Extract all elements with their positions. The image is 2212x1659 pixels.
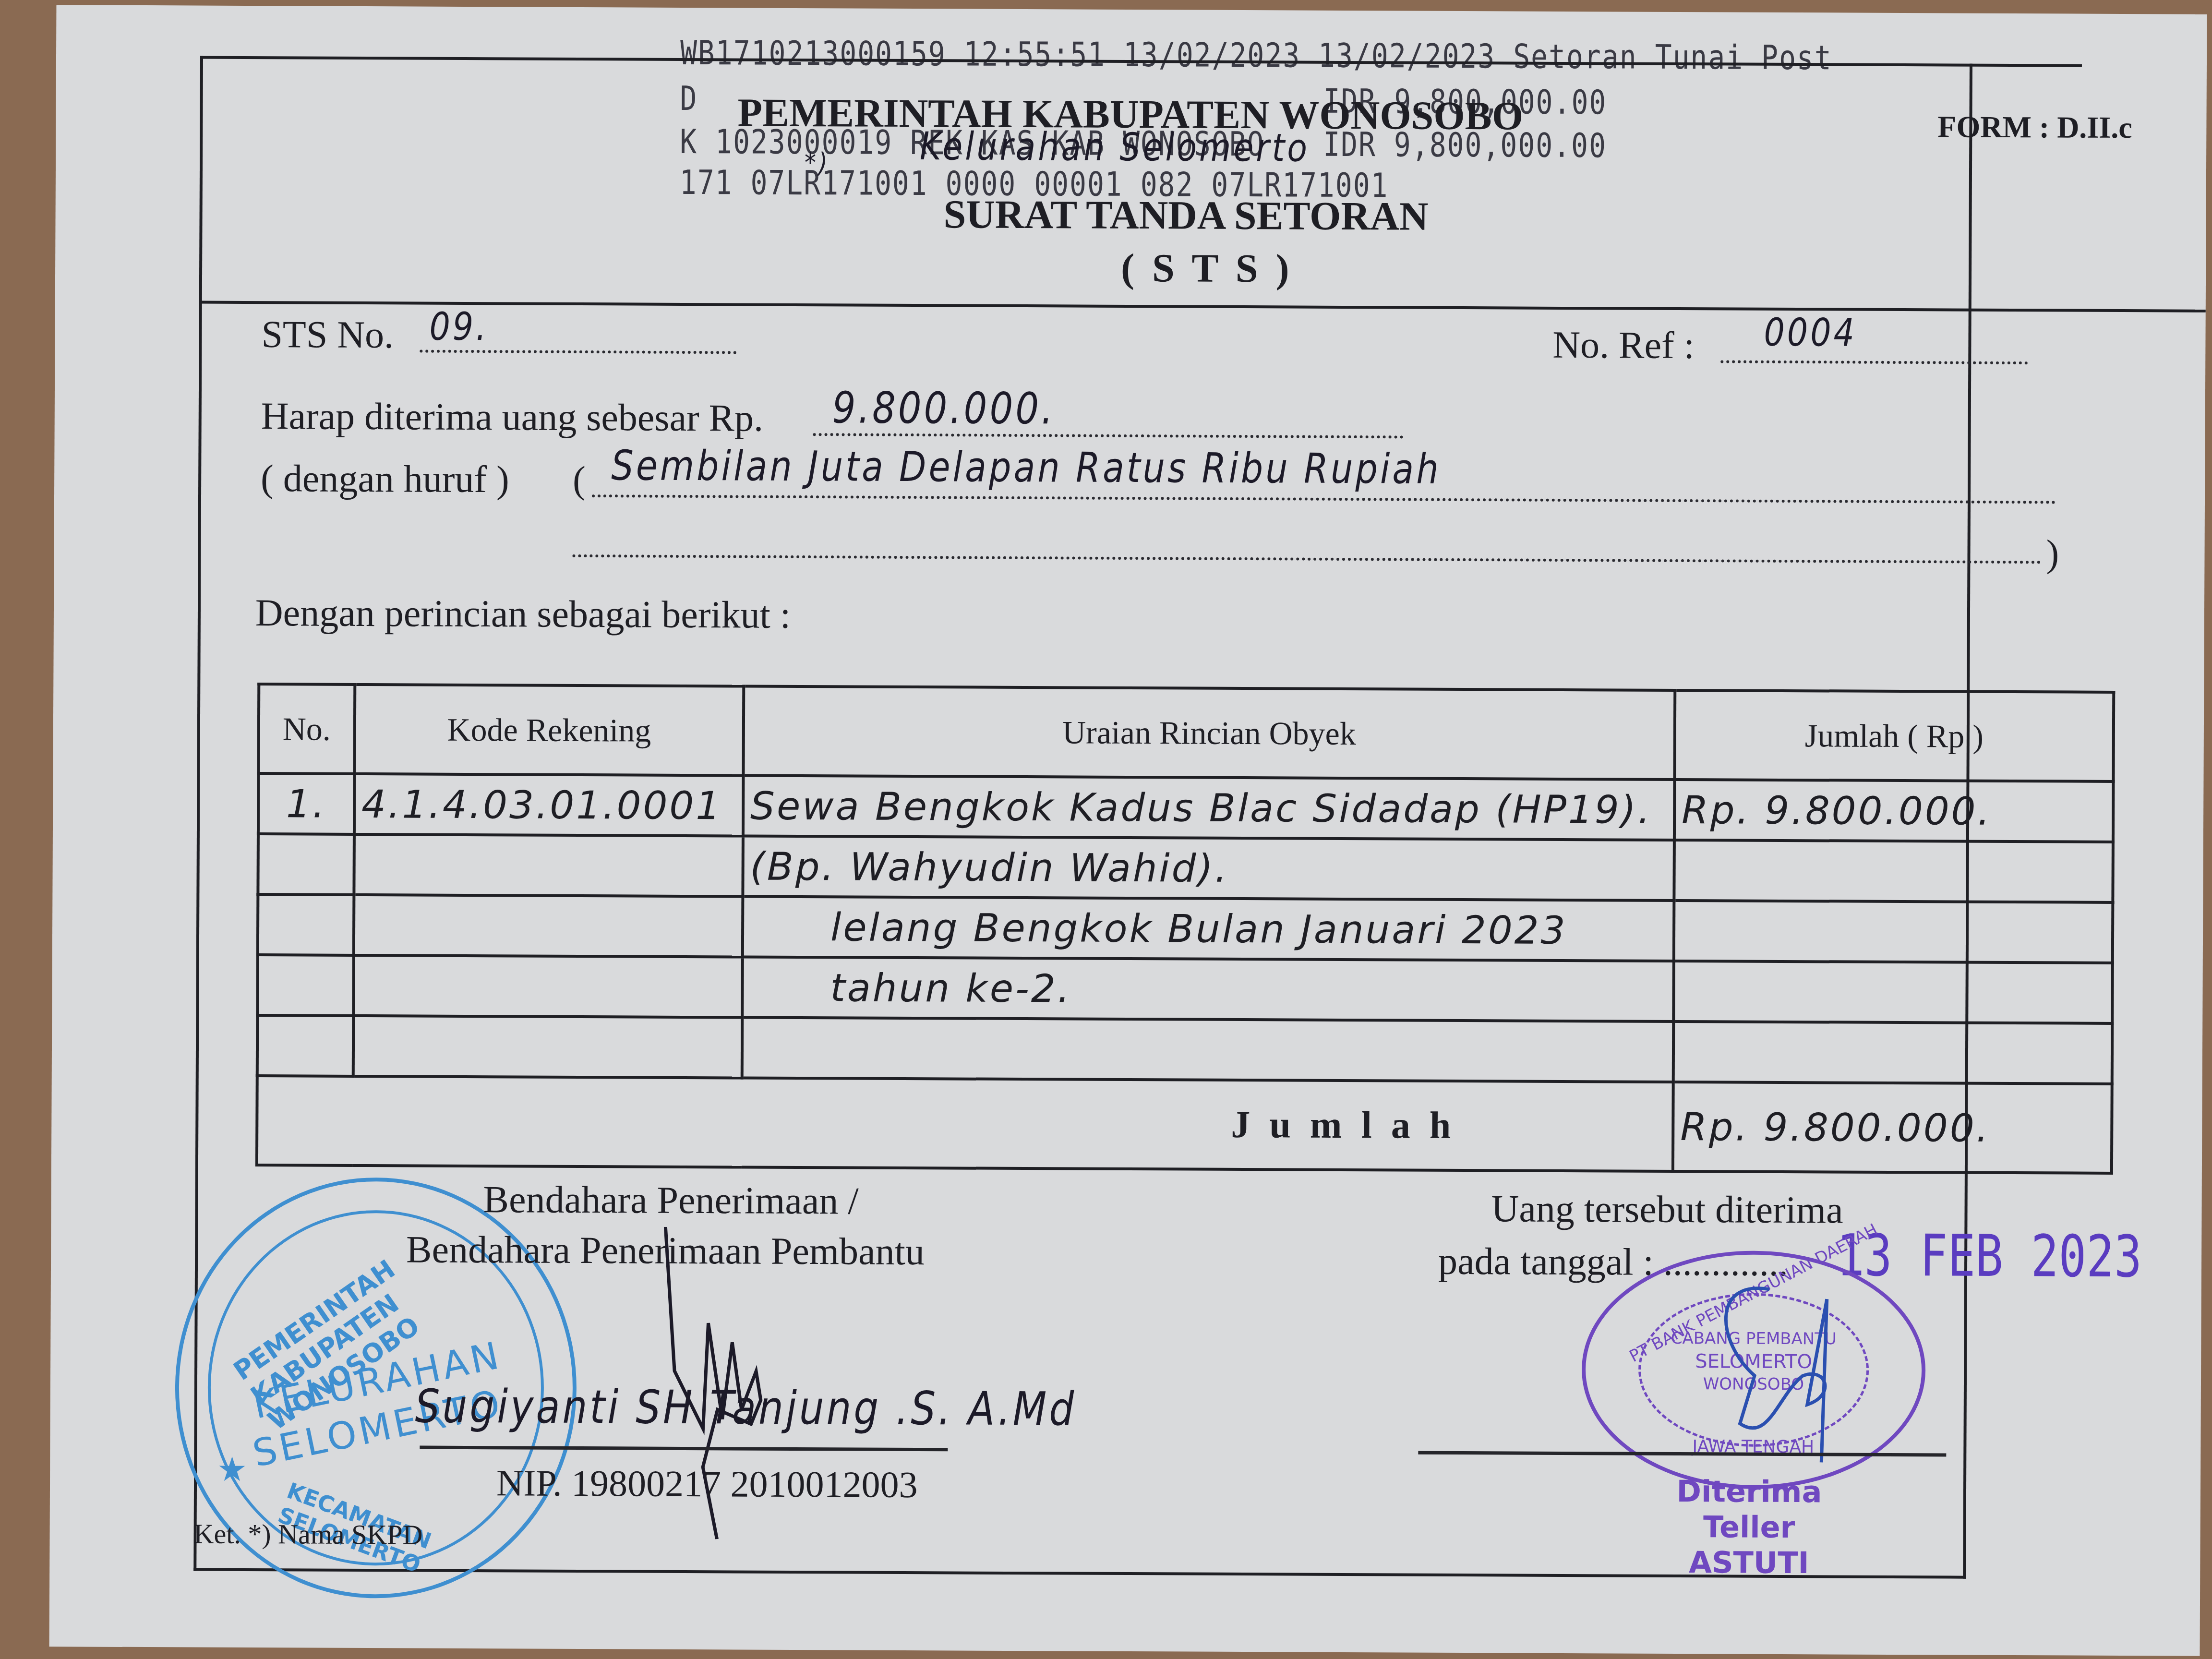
stamp-star-icon: ★	[217, 1450, 247, 1490]
table-row: lelang Bengkok Bulan Januari 2023	[258, 894, 2113, 963]
words-open-paren: (	[573, 458, 586, 502]
cell-uraian: (Bp. Wahyudin Wahid).	[743, 836, 1674, 901]
right-signature-scribble	[1682, 1270, 1885, 1472]
words-label: ( dengan huruf )	[261, 457, 509, 502]
cell-jumlah	[1674, 901, 2113, 963]
col-header-jumlah: Jumlah ( Rp )	[1674, 690, 2114, 781]
right-sign-title-1: Uang tersebut diterima	[1491, 1187, 1843, 1232]
total-row: J u m l a h Rp. 9.800.000.	[257, 1076, 2112, 1173]
teller-stamp: Diterima Teller ASTUTI	[1653, 1474, 1845, 1581]
footnote: Ket. *) Nama SKPD	[193, 1518, 422, 1551]
cell-kode	[353, 955, 743, 1018]
table-row	[257, 1015, 2113, 1084]
sts-no-label: STS No.	[261, 313, 394, 357]
total-label: J u m l a h	[257, 1076, 1673, 1171]
doc-subtitle: ( S T S )	[1121, 245, 1293, 292]
cell-uraian: lelang Bengkok Bulan Januari 2023	[743, 896, 1674, 961]
cell-uraian: Sewa Bengkok Kadus Blac Sidadap (HP19).	[743, 776, 1675, 840]
cell-no	[258, 834, 354, 895]
skpd-marker: *)	[805, 147, 830, 179]
ref-label: No. Ref :	[1552, 324, 1695, 368]
form-code: FORM : D.II.c	[1937, 109, 2132, 145]
col-header-kode: Kode Rekening	[354, 685, 744, 776]
left-signer-name: Sugiyanti SH Tanjung .S. A.Md	[415, 1380, 1077, 1436]
table-row: 1. 4.1.4.03.01.0001 Sewa Bengkok Kadus B…	[258, 773, 2114, 842]
table-row: (Bp. Wahyudin Wahid).	[258, 834, 2113, 902]
amount-value: 9.800.000.	[832, 383, 1056, 434]
cell-jumlah	[1673, 961, 2113, 1023]
detail-table: No. Kode Rekening Uraian Rincian Obyek J…	[255, 683, 2115, 1175]
cell-no: 1.	[258, 773, 355, 834]
cell-jumlah	[1673, 1022, 2113, 1084]
cell-no	[258, 894, 354, 955]
detail-intro: Dengan perincian sebagai berikut :	[255, 591, 791, 637]
left-signer-nip: NIP. 19800217 2010012003	[496, 1461, 918, 1506]
cell-kode	[354, 895, 743, 957]
words-close-paren: )	[2046, 532, 2059, 576]
sts-document: WB17102130001​59 12:55:51 13/02/2023 13/…	[49, 5, 2207, 1656]
ref-value: 0004	[1764, 310, 1857, 355]
skpd-handwritten: Kelurahan Selomerto	[920, 124, 1310, 170]
col-header-uraian: Uraian Rincian Obyek	[743, 686, 1675, 780]
amount-label: Harap diterima uang sebesar Rp.	[261, 395, 764, 441]
teller-line-2: Teller	[1653, 1509, 1845, 1546]
cell-uraian: tahun ke-2.	[742, 957, 1674, 1021]
col-header-no: No.	[259, 684, 355, 774]
table-row: tahun ke-2.	[257, 955, 2113, 1023]
cell-jumlah: Rp. 9.800.000.	[1674, 780, 2114, 842]
cell-kode: 4.1.4.03.01.0001	[354, 774, 744, 836]
cell-kode	[353, 1016, 743, 1078]
cell-kode	[354, 834, 743, 897]
teller-line-3: ASTUTI	[1653, 1545, 1845, 1581]
total-value: Rp. 9.800.000.	[1673, 1082, 2112, 1173]
cell-no	[257, 1015, 354, 1076]
cell-jumlah	[1674, 840, 2113, 902]
left-sign-title-1: Bendahara Penerimaan /	[483, 1178, 858, 1223]
cell-uraian	[742, 1017, 1674, 1082]
teller-line-1: Diterima	[1653, 1474, 1845, 1510]
table-header-row: No. Kode Rekening Uraian Rincian Obyek J…	[259, 684, 2114, 781]
words-value: Sembilan Juta Delapan Ratus Ribu Rupiah	[611, 442, 1441, 493]
doc-title: SURAT TANDA SETORAN	[943, 191, 1428, 240]
cell-no	[257, 955, 354, 1016]
sts-no-value: 09.	[429, 304, 489, 349]
